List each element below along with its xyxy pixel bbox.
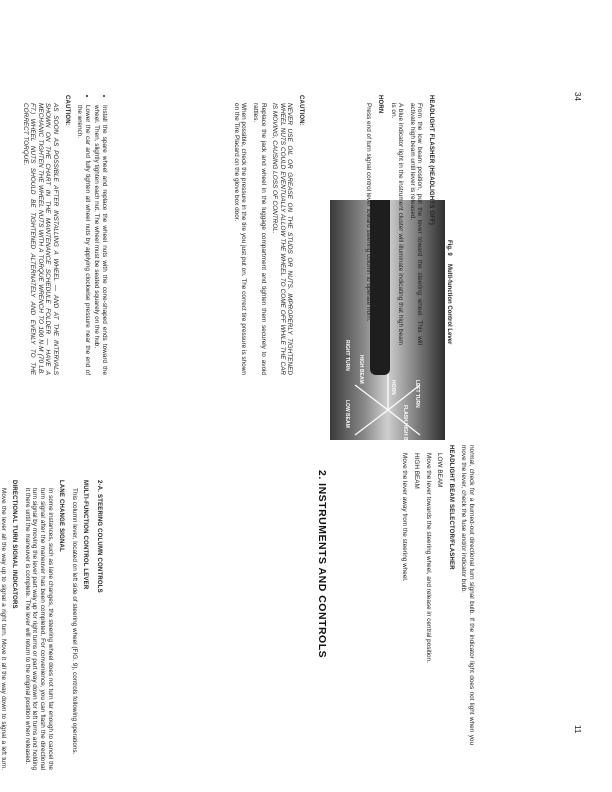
blue-indicator-text: A blue indicator light in the instrument… — [389, 95, 404, 345]
tire-pressure-text: When possible, check the pressure in the… — [232, 95, 247, 375]
heading-horn: HORN — [375, 95, 383, 345]
figure-caption: Fig. 9 Multi-function Control Lever — [446, 240, 452, 344]
left-page-block-2: CAUTION: NEVER USE OIL OR GREASE ON THE … — [228, 95, 310, 375]
caution-torque-text: AS SOON AS POSSIBLE AFTER INSTALLING A W… — [21, 95, 59, 375]
page-number-11: 11 — [573, 725, 582, 733]
label-horn: HORN — [390, 380, 396, 395]
figure-number: Fig. 9 — [446, 240, 452, 256]
low-beam-text: Move the lever towards the steering whee… — [424, 445, 432, 745]
right-page-content — [36, 400, 576, 780]
headlight-beam-block: normal, check for a burned-out direction… — [397, 445, 475, 745]
heading-lane-change: LANE CHANGE SIGNAL — [57, 480, 65, 770]
figure-title: Multi-function Control Lever — [446, 264, 452, 344]
wheel-install-steps: Install the spare wheel and replace the … — [76, 95, 108, 375]
headlight-flasher-block: HEADLIGHT FLASHER (HEADLIGHTS OFF) From … — [361, 95, 440, 345]
horn-text: Press end of turn signal control lever t… — [365, 95, 373, 345]
heading-beam-selector: HEADLIGHT BEAM SELECTOR/FLASHER — [446, 445, 454, 745]
heading-multi-function-lever: MULTI-FUNCTION CONTROL LEVER — [81, 480, 89, 770]
label-right-turn: RIGHT TURN — [344, 340, 350, 371]
heading-headlight-flasher: HEADLIGHT FLASHER (HEADLIGHTS OFF) — [426, 95, 434, 345]
caution-heading-1: CAUTION: — [62, 95, 70, 375]
page-number-34: 34 — [573, 92, 582, 101]
high-beam-label: HIGH BEAM — [412, 445, 420, 745]
label-low-beam: LOW BEAM — [344, 400, 350, 428]
lane-change-text: In some instances, such as lane changes,… — [23, 480, 53, 770]
step-lower-car: Lower the car and fully tighten all whee… — [76, 105, 91, 375]
label-high-beam: HIGH BEAM — [358, 355, 364, 384]
flasher-text: From the low beam position, pull the lev… — [408, 95, 423, 345]
label-flash-high-beam: FLASH HIGH BEAM — [402, 405, 408, 440]
turn-signal-continued-text: normal, check for a burned-out direction… — [460, 445, 475, 745]
mfcl-text: This column lever, located on left side … — [70, 480, 78, 770]
heading-steering-column-controls: 2-A. STEERING COLUMN CONTROLS — [94, 480, 102, 770]
caution-heading-2: CAUTION: — [296, 95, 304, 375]
heading-directional-turn: DIRECTIONAL TURN SIGNAL INDICATORS — [10, 480, 18, 770]
high-beam-text: Move the lever away from the steering wh… — [401, 445, 409, 745]
low-beam-label: LOW BEAM — [436, 445, 444, 745]
steering-controls-block: 2-A. STEERING COLUMN CONTROLS MULTI-FUNC… — [0, 480, 108, 770]
directional-turn-text: Move the lever all the way up to signal … — [0, 480, 7, 770]
label-left-turn: LEFT TURN — [414, 380, 420, 408]
left-page-block-1: Install the spare wheel and replace the … — [17, 95, 108, 375]
section-title: 2. INSTRUMENTS AND CONTROLS — [316, 470, 328, 658]
caution-oil-text: NEVER USE OIL OR GREASE ON THE STUDS OR … — [271, 95, 294, 375]
replace-jack-text: Replace the jack and wheel in the luggag… — [251, 95, 266, 375]
step-install-spare: Install the spare wheel and replace the … — [93, 105, 108, 375]
